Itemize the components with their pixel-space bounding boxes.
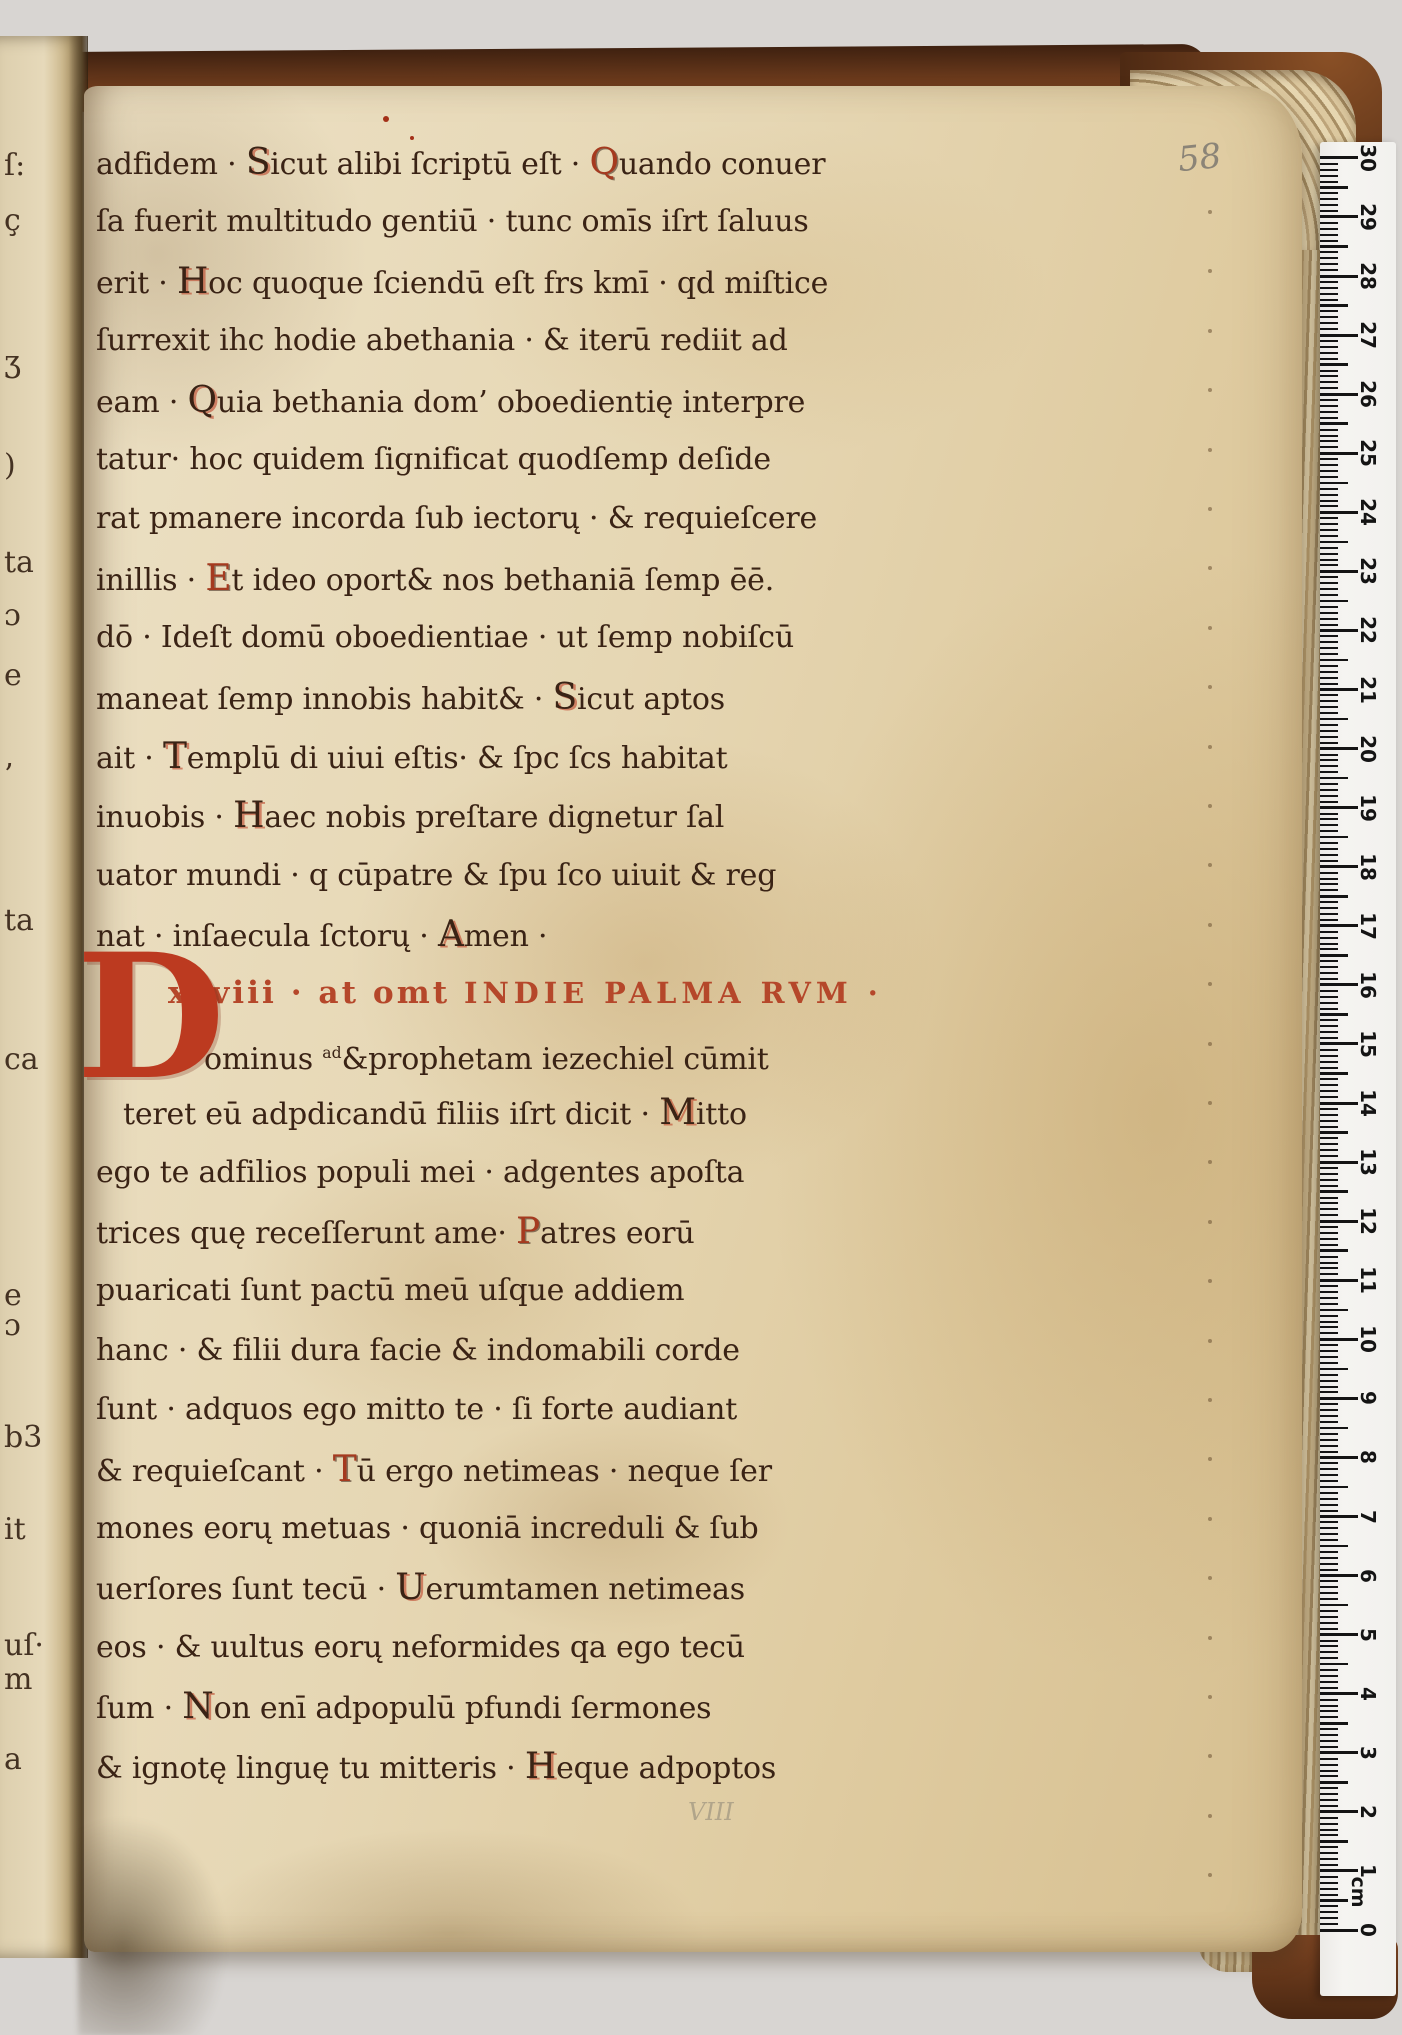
ruler-tick xyxy=(1320,169,1338,171)
ruler-tick xyxy=(1320,990,1338,992)
margin-fragment: m xyxy=(4,1662,32,1697)
ruler-tick xyxy=(1320,818,1338,820)
ruler-tick xyxy=(1320,210,1338,212)
ruler-tick xyxy=(1320,1462,1338,1464)
ruler-tick xyxy=(1320,641,1338,643)
ruler-tick xyxy=(1320,1391,1338,1393)
ruler-tick xyxy=(1320,1232,1338,1234)
text-segment: ait · xyxy=(96,741,163,776)
manuscript-line: trices quę receſſerunt ame· Patres eorū xyxy=(96,1202,1276,1261)
ruler-tick xyxy=(1320,470,1338,472)
ruler-tick xyxy=(1320,806,1358,809)
ruler-tick xyxy=(1320,883,1338,885)
decorated-initial: N xyxy=(182,1686,213,1727)
margin-fragment: ʒ xyxy=(4,345,21,380)
previous-page-sliver: ſ:çʒ)taɔe’tacaeɔb3ituſ·ma xyxy=(0,36,88,1958)
ruler-tick xyxy=(1320,1728,1338,1730)
pricking-hole xyxy=(1208,448,1212,452)
ruler-tick xyxy=(1320,836,1348,839)
ruler-tick xyxy=(1320,1917,1338,1919)
red-ink-fleck xyxy=(383,116,389,122)
ruler-tick xyxy=(1320,1504,1338,1506)
pricking-hole xyxy=(1208,1398,1212,1402)
ruler-tick xyxy=(1320,1249,1348,1252)
ruler-tick xyxy=(1320,1899,1348,1902)
ruler-tick xyxy=(1320,671,1338,673)
ruler-tick xyxy=(1320,505,1338,507)
ruler-tick xyxy=(1320,1799,1338,1801)
ruler-tick xyxy=(1320,198,1338,200)
ruler-tick xyxy=(1320,700,1338,702)
pricking-hole xyxy=(1208,1873,1212,1877)
ruler-tick xyxy=(1320,535,1338,537)
ruler-tick xyxy=(1320,1256,1338,1258)
pricking-hole xyxy=(1208,1814,1212,1818)
ruler-tick xyxy=(1320,1338,1358,1341)
text-segment: maneat ſemp innobis habit& · xyxy=(96,682,553,717)
ruler-tick xyxy=(1320,340,1338,342)
ruler-tick xyxy=(1320,1840,1348,1843)
ruler-tick xyxy=(1320,1515,1358,1518)
ruler-tick xyxy=(1320,860,1338,862)
ruler-number: 3 xyxy=(1356,1746,1380,1760)
ruler-tick xyxy=(1320,1439,1338,1441)
ruler-tick xyxy=(1320,570,1358,573)
ruler-tick xyxy=(1320,1149,1338,1151)
ruler-tick xyxy=(1320,1923,1338,1925)
ruler-tick xyxy=(1320,1716,1338,1718)
ruler-tick xyxy=(1320,299,1338,301)
ruler-tick xyxy=(1320,801,1338,803)
text-segment: ſa fuerit multitudo gentiū · tunc omīs i… xyxy=(96,204,809,239)
ruler-tick xyxy=(1320,334,1358,337)
ruler-tick xyxy=(1320,1805,1338,1807)
ruler-tick xyxy=(1320,954,1348,957)
ruler-tick xyxy=(1320,747,1358,750)
ruler-number: 13 xyxy=(1356,1148,1380,1176)
ruler-number: 10 xyxy=(1356,1325,1380,1353)
ruler-tick xyxy=(1320,1539,1338,1541)
pricking-hole xyxy=(1208,626,1212,630)
manuscript-line: teret eū adpdicandū filiis iſrt dicit · … xyxy=(96,1083,1276,1142)
ruler-tick xyxy=(1320,1202,1338,1204)
ruler-tick xyxy=(1320,1445,1338,1447)
ruler-number: 25 xyxy=(1356,439,1380,467)
ruler-tick xyxy=(1320,1344,1338,1346)
ruler-tick xyxy=(1320,435,1338,437)
ruler-tick xyxy=(1320,1758,1338,1760)
text-segment: eos · & uultus eorų neformides qa ego te… xyxy=(96,1630,745,1665)
ruler-tick xyxy=(1320,830,1338,832)
ruler-tick xyxy=(1320,1586,1338,1588)
ruler-tick xyxy=(1320,1569,1338,1571)
ruler-tick xyxy=(1320,1362,1338,1364)
ruler-tick xyxy=(1320,1037,1338,1039)
text-segment: tatur· hoc quidem ſignificat quodſemp de… xyxy=(96,442,771,477)
ruler-tick xyxy=(1320,494,1338,496)
ruler-number: 21 xyxy=(1356,676,1380,704)
margin-fragment: a xyxy=(4,1742,22,1777)
ruler-tick xyxy=(1320,924,1358,927)
ruler-tick xyxy=(1320,1775,1338,1777)
ruler-tick xyxy=(1320,777,1348,780)
pricking-hole xyxy=(1208,1220,1212,1224)
ruler-tick xyxy=(1320,322,1338,324)
ruler-tick xyxy=(1320,328,1338,330)
ruler-tick xyxy=(1320,1042,1358,1045)
ruler-tick xyxy=(1320,1533,1338,1535)
ruler-tick xyxy=(1320,1480,1338,1482)
ruler-tick xyxy=(1320,1468,1338,1470)
ruler-tick xyxy=(1320,1911,1338,1913)
ruler-tick xyxy=(1320,240,1338,242)
ruler-tick xyxy=(1320,1220,1358,1223)
ruler-number: 20 xyxy=(1356,735,1380,763)
ruler-number: 18 xyxy=(1356,853,1380,881)
ruler-number: 5 xyxy=(1356,1628,1380,1642)
text-segment: erumtamen netimeas xyxy=(425,1572,744,1607)
ruler-tick xyxy=(1320,848,1338,850)
ruler-number: 22 xyxy=(1356,617,1380,645)
text-segment: eque adpoptos xyxy=(556,1751,776,1786)
ruler-tick xyxy=(1320,1090,1338,1092)
text-segment: emplū di uiui eſtis· & ſpc ſcs habitat xyxy=(187,741,728,776)
ruler-number: 17 xyxy=(1356,912,1380,940)
ruler-tick xyxy=(1320,677,1338,679)
ruler-tick xyxy=(1320,192,1338,194)
ruler-tick xyxy=(1320,1451,1338,1453)
ruler-tick xyxy=(1320,1864,1338,1866)
ruler-tick xyxy=(1320,381,1338,383)
ruler-tick xyxy=(1320,624,1338,626)
ruler-tick xyxy=(1320,482,1348,485)
ruler-tick xyxy=(1320,960,1338,962)
pricking-hole xyxy=(1208,1695,1212,1699)
margin-fragment: ɔ xyxy=(4,598,21,633)
ruler-tick xyxy=(1320,417,1338,419)
manuscript-line: ominus ad&prophetam iezechiel cūmit xyxy=(96,1024,1276,1083)
margin-fragment: ta xyxy=(4,545,34,580)
ruler-tick xyxy=(1320,175,1338,177)
decorated-initial: S xyxy=(246,142,270,183)
manuscript-line: uerſores ſunt tecū · Uerumtamen netimeas xyxy=(96,1558,1276,1617)
pricking-hole xyxy=(1208,1101,1212,1105)
ruler-tick xyxy=(1320,156,1358,159)
ruler-tick xyxy=(1320,783,1338,785)
manuscript-line: eos · & uultus eorų neformides qa ego te… xyxy=(96,1618,1276,1677)
ruler-tick xyxy=(1320,1049,1338,1051)
ruler-tick xyxy=(1320,1869,1358,1872)
ruler-tick xyxy=(1320,529,1338,531)
text-segment: ū ergo netimeas · neque ſer xyxy=(357,1454,772,1489)
ruler-tick xyxy=(1320,1663,1348,1666)
manuscript-line: ſa fuerit multitudo gentiū · tunc omīs i… xyxy=(96,192,1276,251)
manuscript-line: erit · Hoc quoque ſciendū eſt frs kmī · … xyxy=(96,252,1276,311)
ruler-tick xyxy=(1320,1770,1338,1772)
ruler-tick xyxy=(1320,1161,1358,1164)
margin-fragment: ta xyxy=(4,903,34,938)
ruler-tick xyxy=(1320,281,1338,283)
interlinear-gloss: ad xyxy=(322,1044,341,1062)
ruler-tick xyxy=(1320,931,1338,933)
ruler-tick xyxy=(1320,1279,1358,1282)
ruler-tick xyxy=(1320,517,1338,519)
ruler-number: 15 xyxy=(1356,1030,1380,1058)
decorated-initial: H xyxy=(233,795,264,836)
ruler-tick xyxy=(1320,1858,1338,1860)
ruler-tick xyxy=(1320,665,1338,667)
ruler-tick xyxy=(1320,943,1338,945)
ruler-tick xyxy=(1320,1126,1338,1128)
manuscript-line: nat · inſaecula ſctorų · Amen · xyxy=(96,905,1276,964)
ruler-tick xyxy=(1320,358,1338,360)
ruler-tick xyxy=(1320,582,1338,584)
ruler-tick xyxy=(1320,1403,1338,1405)
ruler-tick xyxy=(1320,1309,1348,1312)
pricking-hole xyxy=(1208,1636,1212,1640)
ruler-tick xyxy=(1320,399,1338,401)
ruler-tick xyxy=(1320,1687,1338,1689)
ruler-tick xyxy=(1320,346,1338,348)
ruler-tick xyxy=(1320,1013,1348,1016)
ruler-tick xyxy=(1320,694,1338,696)
text-segment: hanc · & filii dura facie & indomabili c… xyxy=(96,1333,740,1368)
ruler-tick xyxy=(1320,446,1338,448)
ruler-tick xyxy=(1320,1876,1338,1878)
ruler-tick xyxy=(1320,452,1358,455)
ruler-tick xyxy=(1320,222,1338,224)
ruler-tick xyxy=(1320,1823,1338,1825)
ruler-tick xyxy=(1320,287,1338,289)
ruler-tick xyxy=(1320,913,1338,915)
ruler-tick xyxy=(1320,1155,1338,1157)
ruler-tick xyxy=(1320,1557,1338,1559)
ruler-tick xyxy=(1320,759,1338,761)
manuscript-line: ſurrexit ihc hodie abethania · & iterū r… xyxy=(96,311,1276,370)
ruler-tick xyxy=(1320,1598,1338,1600)
manuscript-line: xxviii · at omt INDIE PALMA RVM · xyxy=(96,964,1276,1023)
ruler-tick xyxy=(1320,1781,1348,1784)
margin-fragment: ɔ xyxy=(4,1308,21,1343)
ruler-tick xyxy=(1320,163,1338,165)
ruler-tick xyxy=(1320,1368,1348,1371)
ruler-tick xyxy=(1320,1722,1348,1725)
ruler-tick xyxy=(1320,1740,1338,1742)
text-segment: uerſores ſunt tecū · xyxy=(96,1572,395,1607)
ruler-tick xyxy=(1320,1888,1338,1890)
ruler-tick xyxy=(1320,1114,1338,1116)
ruler-tick xyxy=(1320,547,1338,549)
ruler-tick xyxy=(1320,476,1338,478)
ruler-tick xyxy=(1320,966,1338,968)
ruler-tick xyxy=(1320,1415,1338,1417)
ruler-tick xyxy=(1320,1267,1338,1269)
ruler-tick xyxy=(1320,1409,1338,1411)
ruler-tick xyxy=(1320,245,1348,248)
ruler-tick xyxy=(1320,1551,1338,1553)
ruler-tick xyxy=(1320,1699,1338,1701)
ruler-tick xyxy=(1320,440,1338,442)
manuscript-line: maneat ſemp innobis habit& · Sicut aptos xyxy=(96,668,1276,727)
ruler-tick xyxy=(1320,257,1338,259)
ruler-tick xyxy=(1320,1882,1338,1884)
ruler-number: 12 xyxy=(1356,1207,1380,1235)
ruler-number: 9 xyxy=(1356,1391,1380,1405)
ruler-tick xyxy=(1320,1456,1358,1459)
ruler-unit-label: cm xyxy=(1347,1876,1369,1907)
ruler-tick xyxy=(1320,1002,1338,1004)
ruler-tick xyxy=(1320,1852,1338,1854)
ruler-tick xyxy=(1320,422,1348,425)
ruler-tick xyxy=(1320,996,1338,998)
decorated-initial: M xyxy=(659,1092,696,1133)
text-segment: puaricati ſunt pactū meū uſque addiem xyxy=(96,1273,684,1308)
ruler-tick xyxy=(1320,872,1338,874)
ruler-tick xyxy=(1320,1214,1338,1216)
ruler-tick xyxy=(1320,1710,1338,1712)
ruler-tick xyxy=(1320,1692,1358,1695)
manuscript-line: adfidem · Sicut alibi ſcriptū eſt · Quan… xyxy=(96,133,1276,192)
ruler-tick xyxy=(1320,1285,1338,1287)
ruler-tick xyxy=(1320,588,1338,590)
manuscript-line: inuobis · Haec nobis preſtare dignetur ſ… xyxy=(96,786,1276,845)
ruler-tick xyxy=(1320,1628,1338,1630)
ruler-tick xyxy=(1320,1291,1338,1293)
ruler-tick xyxy=(1320,865,1358,868)
manuscript-line: & ignotę linguę tu mitteris · Heque adpo… xyxy=(96,1737,1276,1796)
manuscript-page: 58 adfidem · Sicut alibi ſcriptū eſt · Q… xyxy=(84,86,1302,1952)
ruler-tick xyxy=(1320,429,1338,431)
ruler-tick xyxy=(1320,594,1338,596)
ruler-tick xyxy=(1320,1315,1338,1317)
ruler-tick xyxy=(1320,1929,1358,1932)
ruler-tick xyxy=(1320,1580,1338,1582)
ruler-tick xyxy=(1320,712,1338,714)
ruler-tick xyxy=(1320,754,1338,756)
manuscript-line: ſunt · adquos ego mitto te · ſi forte au… xyxy=(96,1380,1276,1439)
text-block: adfidem · Sicut alibi ſcriptū eſt · Quan… xyxy=(96,133,1276,1796)
decorated-initial: T xyxy=(163,736,187,777)
ruler-tick xyxy=(1320,1427,1348,1430)
ruler-tick xyxy=(1320,393,1358,396)
ruler-tick xyxy=(1320,1374,1338,1376)
ruler-tick xyxy=(1320,771,1338,773)
ruler-tick xyxy=(1320,1226,1338,1228)
manuscript-line: inillis · Et ideo oport& nos bethaniā ſe… xyxy=(96,549,1276,608)
ruler-tick xyxy=(1320,1651,1338,1653)
ruler-tick xyxy=(1320,1421,1338,1423)
ruler-tick xyxy=(1320,1793,1338,1795)
manuscript-line: puaricati ſunt pactū meū uſque addiem xyxy=(96,1261,1276,1320)
margin-fragment: uſ· xyxy=(4,1628,44,1663)
ruler-tick xyxy=(1320,919,1338,921)
text-segment: rat pmanere incorda ſub iectorų · & requ… xyxy=(96,501,817,536)
margin-fragment: it xyxy=(4,1512,26,1547)
ruler-tick xyxy=(1320,653,1338,655)
ruler-number: 24 xyxy=(1356,498,1380,526)
manuscript-line: rat pmanere incorda ſub iectorų · & requ… xyxy=(96,489,1276,548)
ruler-tick xyxy=(1320,293,1338,295)
ruler-tick xyxy=(1320,411,1338,413)
decorated-initial: U xyxy=(395,1567,425,1608)
ruler-tick xyxy=(1320,1616,1338,1618)
ruler-tick xyxy=(1320,215,1358,218)
ruler-number: 29 xyxy=(1356,203,1380,231)
ruler-tick xyxy=(1320,907,1338,909)
pricking-hole xyxy=(1208,1042,1212,1046)
ruler-tick xyxy=(1320,1273,1338,1275)
ruler-tick xyxy=(1320,1262,1338,1264)
ruler-tick xyxy=(1320,1657,1338,1659)
text-segment: men · xyxy=(464,919,548,954)
ruler-tick xyxy=(1320,730,1338,732)
ruler-tick xyxy=(1320,275,1358,278)
pricking-hole xyxy=(1208,507,1212,511)
ruler-tick xyxy=(1320,1197,1338,1199)
ruler-tick xyxy=(1320,1008,1338,1010)
manuscript-line: & requieſcant · Tū ergo netimeas · neque… xyxy=(96,1440,1276,1499)
ruler-number: 7 xyxy=(1356,1510,1380,1524)
ruler-tick xyxy=(1320,1067,1338,1069)
ruler-tick xyxy=(1320,895,1348,898)
text-segment: t ideo oport& nos bethaniā ſemp ēē. xyxy=(231,563,774,598)
ruler-tick xyxy=(1320,1072,1348,1075)
ruler-tick xyxy=(1320,742,1338,744)
ruler-tick xyxy=(1320,1397,1358,1400)
ruler-tick xyxy=(1320,600,1348,603)
text-segment: mones eorų metuas · quoniā increduli & ſ… xyxy=(96,1511,758,1546)
ruler-tick xyxy=(1320,1031,1338,1033)
ruler-tick xyxy=(1320,251,1338,253)
text-segment: ſum · xyxy=(96,1691,182,1726)
ruler-tick xyxy=(1320,553,1338,555)
text-segment: aec nobis preſtare dignetur ſal xyxy=(264,800,724,835)
ruler-tick xyxy=(1320,363,1348,366)
ruler-tick xyxy=(1320,635,1338,637)
ruler-tick xyxy=(1320,1492,1338,1494)
margin-fragment: ſ: xyxy=(4,148,25,183)
text-segment: adfidem · xyxy=(96,147,246,182)
ruler-number: 11 xyxy=(1356,1266,1380,1294)
photo-stage: ſ:çʒ)taɔe’tacaeɔb3ituſ·ma 58 adfidem · S… xyxy=(0,0,1402,2035)
ruler-tick xyxy=(1320,736,1338,738)
ruler-tick xyxy=(1320,1633,1358,1636)
ruler-tick xyxy=(1320,1681,1338,1683)
ruler-tick xyxy=(1320,387,1338,389)
pricking-hole xyxy=(1208,804,1212,808)
ruler-tick xyxy=(1320,618,1338,620)
ruler-tick xyxy=(1320,1810,1358,1813)
ruler-tick xyxy=(1320,204,1338,206)
ruler-tick xyxy=(1320,1326,1338,1328)
text-segment: trices quę receſſerunt ame· xyxy=(96,1216,516,1251)
decorated-initial: H xyxy=(525,1746,556,1787)
ruler-tick xyxy=(1320,234,1338,236)
ruler-tick xyxy=(1320,706,1338,708)
manuscript-line: dō · Ideſt domū oboedientiae · ut ſemp n… xyxy=(96,608,1276,667)
text-segment: & requieſcant · xyxy=(96,1454,333,1489)
text-segment: erit · xyxy=(96,266,177,301)
decorated-initial: Q xyxy=(589,142,618,183)
corner-smudge xyxy=(78,1816,228,2035)
text-segment: dō · Ideſt domū oboedientiae · ut ſemp n… xyxy=(96,620,794,655)
decorated-initial: H xyxy=(177,261,208,302)
ruler-tick xyxy=(1320,1474,1338,1476)
ruler-tick xyxy=(1320,1433,1338,1435)
text-segment: uando conuer xyxy=(619,147,826,182)
ruler-tick xyxy=(1320,500,1338,502)
manuscript-line: mones eorų metuas · quoniā increduli & ſ… xyxy=(96,1499,1276,1558)
